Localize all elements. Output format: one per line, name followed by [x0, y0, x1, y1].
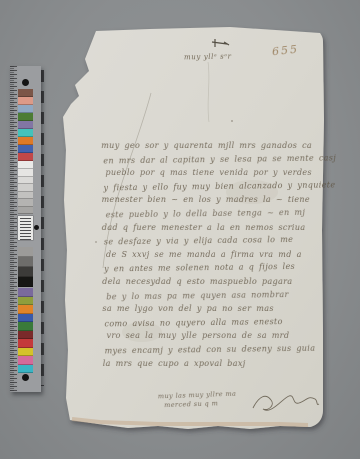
color-patch — [18, 184, 33, 192]
manuscript-line: se desfaze y via y elija cada cosa lo me — [104, 235, 324, 251]
manuscript-line: sa me lygo von del y pa no ser mas — [102, 304, 324, 318]
manuscript-line: y en antes me solenen nota a q fijos les — [104, 262, 324, 278]
color-patches-top — [18, 89, 33, 169]
signature-rubric-icon — [250, 388, 322, 418]
color-patch — [18, 356, 33, 365]
manuscript-line: la mrs que cupo a xpoval baxj — [103, 358, 325, 372]
color-patch — [18, 339, 33, 348]
color-patch — [18, 121, 33, 129]
manuscript-line: pueblo por q mas tiene venida por y verd… — [105, 168, 323, 182]
closing-line: merced su q m — [164, 398, 237, 409]
cross-mark-icon — [211, 38, 231, 52]
registration-dot — [34, 225, 39, 230]
registration-dot — [22, 374, 29, 381]
color-patch — [18, 331, 33, 340]
color-patch — [18, 207, 33, 215]
color-patch — [18, 97, 33, 105]
manuscript-line: myes encamj y estad con su deseny sus gu… — [105, 343, 325, 359]
manuscript-body: muy geo sor y quarenta mjll mrs ganados … — [101, 140, 325, 373]
color-patch — [18, 161, 33, 169]
color-patch — [18, 169, 33, 177]
resolution-target — [18, 216, 33, 240]
color-calibration-strip — [10, 66, 41, 392]
color-patch — [18, 199, 33, 207]
color-patch — [18, 145, 33, 153]
color-patch — [18, 137, 33, 145]
manuscript-closing: muy las muy yllre mamerced su q m — [158, 390, 237, 410]
strip-edge-shadow — [41, 70, 44, 386]
color-patches-bottom — [18, 288, 33, 373]
color-patch — [18, 257, 33, 267]
color-patch — [18, 89, 33, 97]
color-patch — [18, 348, 33, 357]
dark-patches — [18, 247, 33, 287]
folio-number: 655 — [271, 43, 299, 59]
ruler-ticks — [10, 66, 17, 392]
color-patch — [18, 192, 33, 200]
color-patch — [18, 153, 33, 161]
color-patch — [18, 314, 33, 323]
manuscript-line: menester bien ~ en los y madres la ~ tie… — [102, 195, 324, 209]
color-patch — [18, 129, 33, 137]
registration-dot — [22, 79, 29, 86]
manuscript-line: dela necesydad q esto maspueblo pagara — [102, 277, 324, 291]
color-patch — [18, 322, 33, 331]
color-patch — [18, 365, 33, 374]
manuscript-line: vro sea la muy ylle persona de sa mrd — [107, 331, 325, 345]
color-patch — [18, 267, 33, 277]
color-patch — [18, 288, 33, 297]
color-patch — [18, 113, 33, 121]
color-patch — [18, 277, 33, 287]
manuscript-heading: muy yllᵉ sᵒr — [184, 53, 232, 62]
color-patch — [18, 105, 33, 113]
color-patch — [18, 177, 33, 185]
color-patch — [18, 297, 33, 306]
color-patch — [18, 247, 33, 257]
manuscript-line: este pueblo y lo della base tenga ~ en m… — [106, 208, 324, 224]
photographed-manuscript: muy yllᵉ sᵒr 655 muy geo sor y quarenta … — [0, 0, 360, 459]
grayscale-patches — [18, 169, 33, 214]
manuscript-line: muy geo sor y quarenta mjll mrs ganados … — [101, 141, 323, 155]
manuscript-text-layer: muy yllᵉ sᵒr 655 muy geo sor y quarenta … — [0, 0, 360, 459]
color-patch — [18, 305, 33, 314]
